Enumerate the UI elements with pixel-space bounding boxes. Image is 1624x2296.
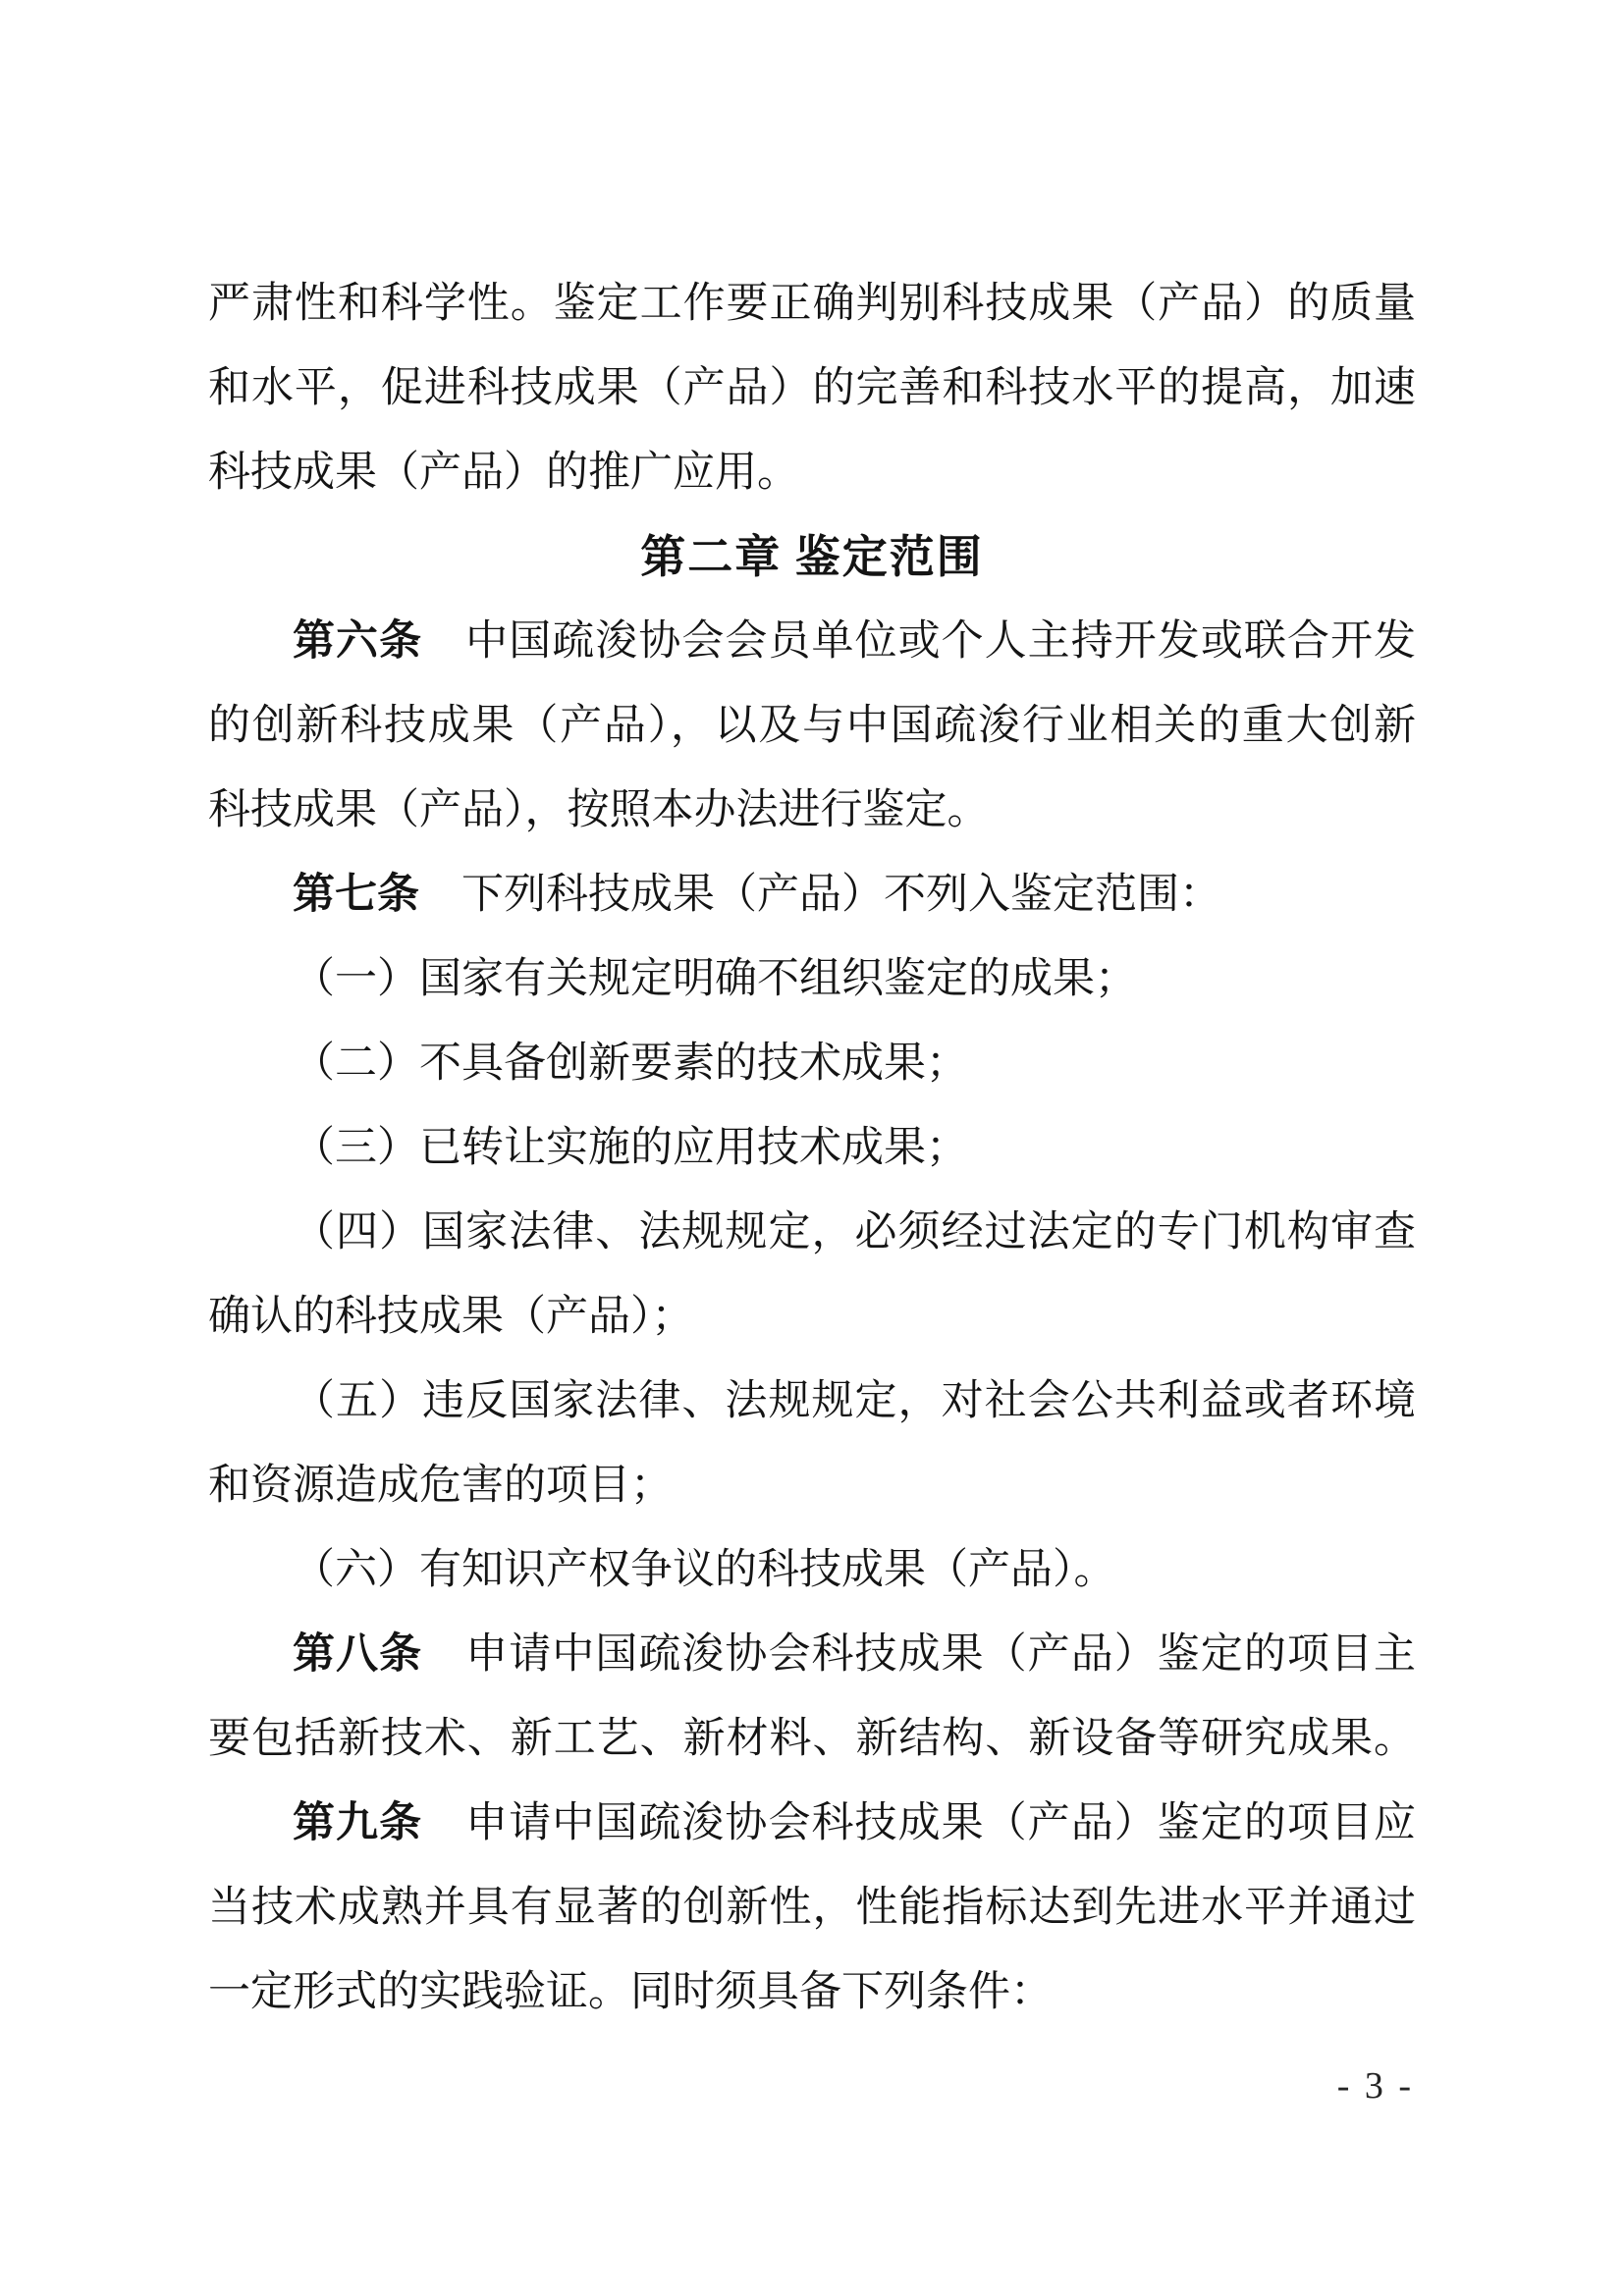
document-page: 严肃性和科学性。鉴定工作要正确判别科技成果（产品）的质量 和水平，促进科技成果（… (0, 0, 1624, 2296)
article-7-item-6-text: （六）有知识产权争议的科技成果（产品）。 (293, 1547, 1116, 1593)
document-body: 严肃性和科学性。鉴定工作要正确判别科技成果（产品）的质量 和水平，促进科技成果（… (208, 262, 1416, 2035)
article-7-item-2-text: （二）不具备创新要素的技术成果； (293, 1041, 968, 1087)
article-8-line-1: 第八条 申请中国疏浚协会科技成果（产品）鉴定的项目主 (208, 1613, 1416, 1697)
article-9-line-2: 当技术成熟并具有显著的创新性，性能指标达到先进水平并通过 (208, 1866, 1416, 1950)
article-7-label: 第七条 (293, 872, 419, 918)
article-6-line-3-text: 科技成果（产品），按照本办法进行鉴定。 (208, 787, 990, 833)
article-6-line-1-text: 中国疏浚协会会员单位或个人主持开发或联合开发 (422, 618, 1416, 665)
article-9-line-1: 第九条 申请中国疏浚协会科技成果（产品）鉴定的项目应 (208, 1782, 1416, 1866)
continuation-line-2-text: 和水平，促进科技成果（产品）的完善和科技水平的提高，加速 (208, 365, 1416, 411)
article-9-line-2-text: 当技术成熟并具有显著的创新性，性能指标达到先进水平并通过 (208, 1885, 1416, 1931)
article-8-line-2-text: 要包括新技术、新工艺、新材料、新结构、新设备等研究成果。 (208, 1716, 1416, 1762)
article-8-line-2: 要包括新技术、新工艺、新材料、新结构、新设备等研究成果。 (208, 1697, 1416, 1782)
page-number: - 3 - (1337, 2064, 1414, 2108)
article-7-item-6: （六）有知识产权争议的科技成果（产品）。 (208, 1528, 1416, 1613)
continuation-line-2: 和水平，促进科技成果（产品）的完善和科技水平的提高，加速 (208, 347, 1416, 431)
article-7-item-1: （一）国家有关规定明确不组织鉴定的成果； (208, 937, 1416, 1022)
article-7-item-5-line-2: 和资源造成危害的项目； (208, 1444, 1416, 1528)
article-9-line-3: 一定形式的实践验证。同时须具备下列条件： (208, 1950, 1416, 2035)
article-7-item-5-line-1-text: （五）违反国家法律、法规规定，对社会公共利益或者环境 (293, 1378, 1416, 1424)
article-8-label: 第八条 (293, 1631, 422, 1678)
continuation-line-3: 科技成果（产品）的推广应用。 (208, 431, 1416, 515)
continuation-line-1: 严肃性和科学性。鉴定工作要正确判别科技成果（产品）的质量 (208, 262, 1416, 347)
article-7-item-5-line-2-text: 和资源造成危害的项目； (208, 1463, 673, 1509)
article-7-item-4-line-2: 确认的科技成果（产品）； (208, 1275, 1416, 1360)
article-9-line-1-text: 申请中国疏浚协会科技成果（产品）鉴定的项目应 (422, 1800, 1416, 1846)
chapter-2-heading-text: 第二章 鉴定范围 (640, 532, 984, 582)
article-7-line-1-text: 下列科技成果（产品）不列入鉴定范围： (419, 872, 1221, 918)
article-7-item-3: （三）已转让实施的应用技术成果； (208, 1106, 1416, 1191)
article-9-label: 第九条 (293, 1800, 422, 1846)
article-7-item-4-line-1: （四）国家法律、法规规定，必须经过法定的专门机构审查 (208, 1191, 1416, 1275)
article-6-line-2: 的创新科技成果（产品），以及与中国疏浚行业相关的重大创新 (208, 684, 1416, 769)
article-6-label: 第六条 (293, 618, 422, 665)
article-6-line-3: 科技成果（产品），按照本办法进行鉴定。 (208, 769, 1416, 853)
continuation-line-3-text: 科技成果（产品）的推广应用。 (208, 450, 799, 496)
article-7-item-5-line-1: （五）违反国家法律、法规规定，对社会公共利益或者环境 (208, 1360, 1416, 1444)
article-7-item-4-line-2-text: 确认的科技成果（产品）； (208, 1294, 694, 1340)
article-7-item-2: （二）不具备创新要素的技术成果； (208, 1022, 1416, 1106)
article-8-line-1-text: 申请中国疏浚协会科技成果（产品）鉴定的项目主 (422, 1631, 1416, 1678)
article-7-line-1: 第七条 下列科技成果（产品）不列入鉴定范围： (208, 853, 1416, 937)
chapter-2-heading: 第二章 鉴定范围 (208, 515, 1416, 600)
continuation-line-1-text: 严肃性和科学性。鉴定工作要正确判别科技成果（产品）的质量 (208, 281, 1416, 327)
article-6-line-2-text: 的创新科技成果（产品），以及与中国疏浚行业相关的重大创新 (208, 703, 1416, 749)
article-7-item-3-text: （三）已转让实施的应用技术成果； (293, 1125, 968, 1171)
article-7-item-4-line-1-text: （四）国家法律、法规规定，必须经过法定的专门机构审查 (293, 1209, 1416, 1255)
article-6-line-1: 第六条 中国疏浚协会会员单位或个人主持开发或联合开发 (208, 600, 1416, 684)
article-9-line-3-text: 一定形式的实践验证。同时须具备下列条件： (208, 1969, 1053, 2015)
article-7-item-1-text: （一）国家有关规定明确不组织鉴定的成果； (293, 956, 1137, 1002)
